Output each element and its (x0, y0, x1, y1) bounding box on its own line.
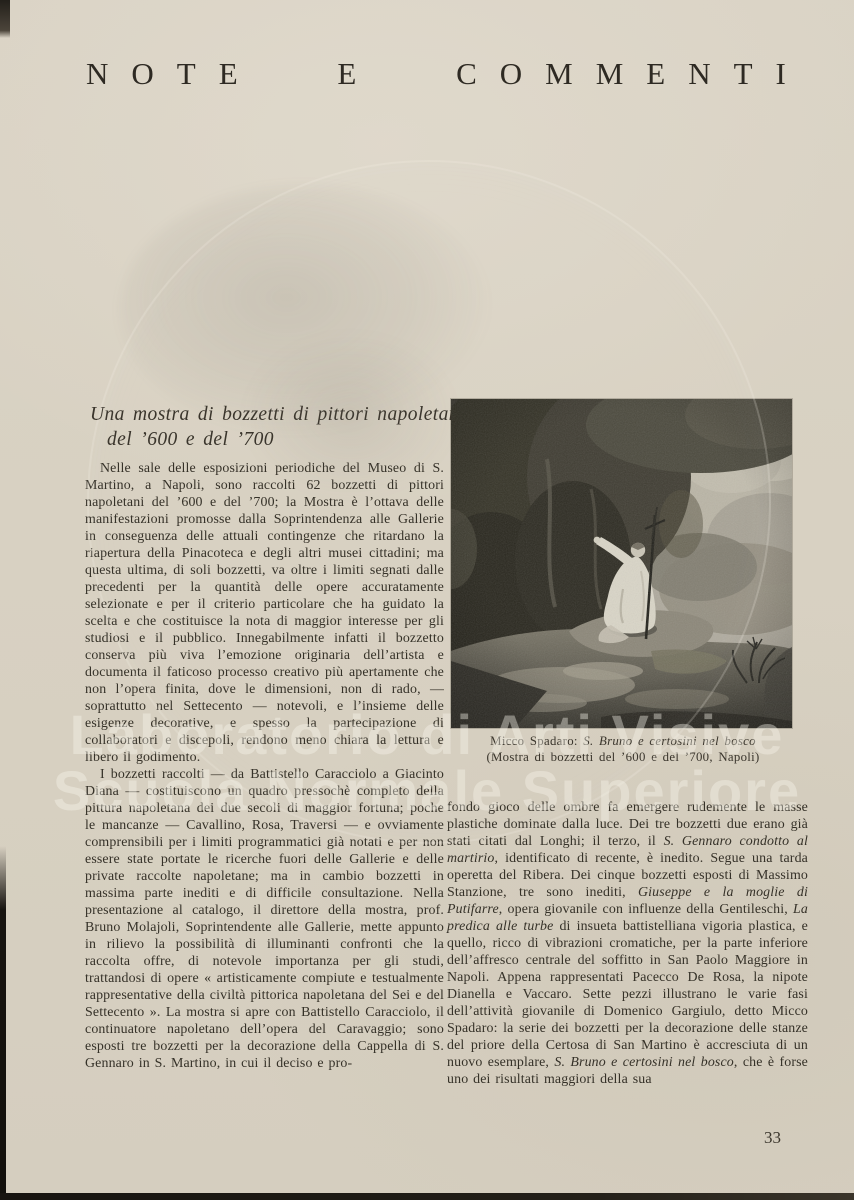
article-heading-line2: del ’600 e del ’700 (90, 427, 490, 452)
watermark-smudge (120, 185, 490, 435)
figure-caption-line2: (Mostra di bozzetti del ’600 e del ’700,… (443, 750, 803, 766)
left-column-paragraph-1: Nelle sale delle esposizioni periodiche … (85, 460, 444, 766)
scan-corner-mark (0, 0, 10, 38)
right-column: fondo gioco delle ombre fa emergere rude… (447, 799, 808, 1088)
article-heading: Una mostra di bozzetti di pittori napole… (90, 402, 490, 452)
painting-image (451, 399, 792, 728)
right-column-paragraph: fondo gioco delle ombre fa emergere rude… (447, 799, 808, 1088)
left-column-paragraph-2: I bozzetti raccolti — da Battistello Car… (85, 766, 444, 1072)
page-number: 33 (764, 1128, 781, 1148)
figure-caption: Micco Spadaro: S. Bruno e certosini nel … (443, 734, 803, 765)
article-heading-line1: Una mostra di bozzetti di pittori napole… (90, 402, 490, 427)
scan-edge-left (0, 846, 6, 1200)
figure-caption-line1: Micco Spadaro: S. Bruno e certosini nel … (443, 734, 803, 750)
left-column: Nelle sale delle esposizioni periodiche … (85, 460, 444, 1072)
painting-figure (451, 399, 792, 728)
scanned-page: NOTE E COMMENTI Una mostra di bozzetti d… (0, 0, 854, 1200)
scan-edge-bottom (0, 1193, 854, 1200)
page-title: NOTE E COMMENTI (86, 56, 796, 92)
